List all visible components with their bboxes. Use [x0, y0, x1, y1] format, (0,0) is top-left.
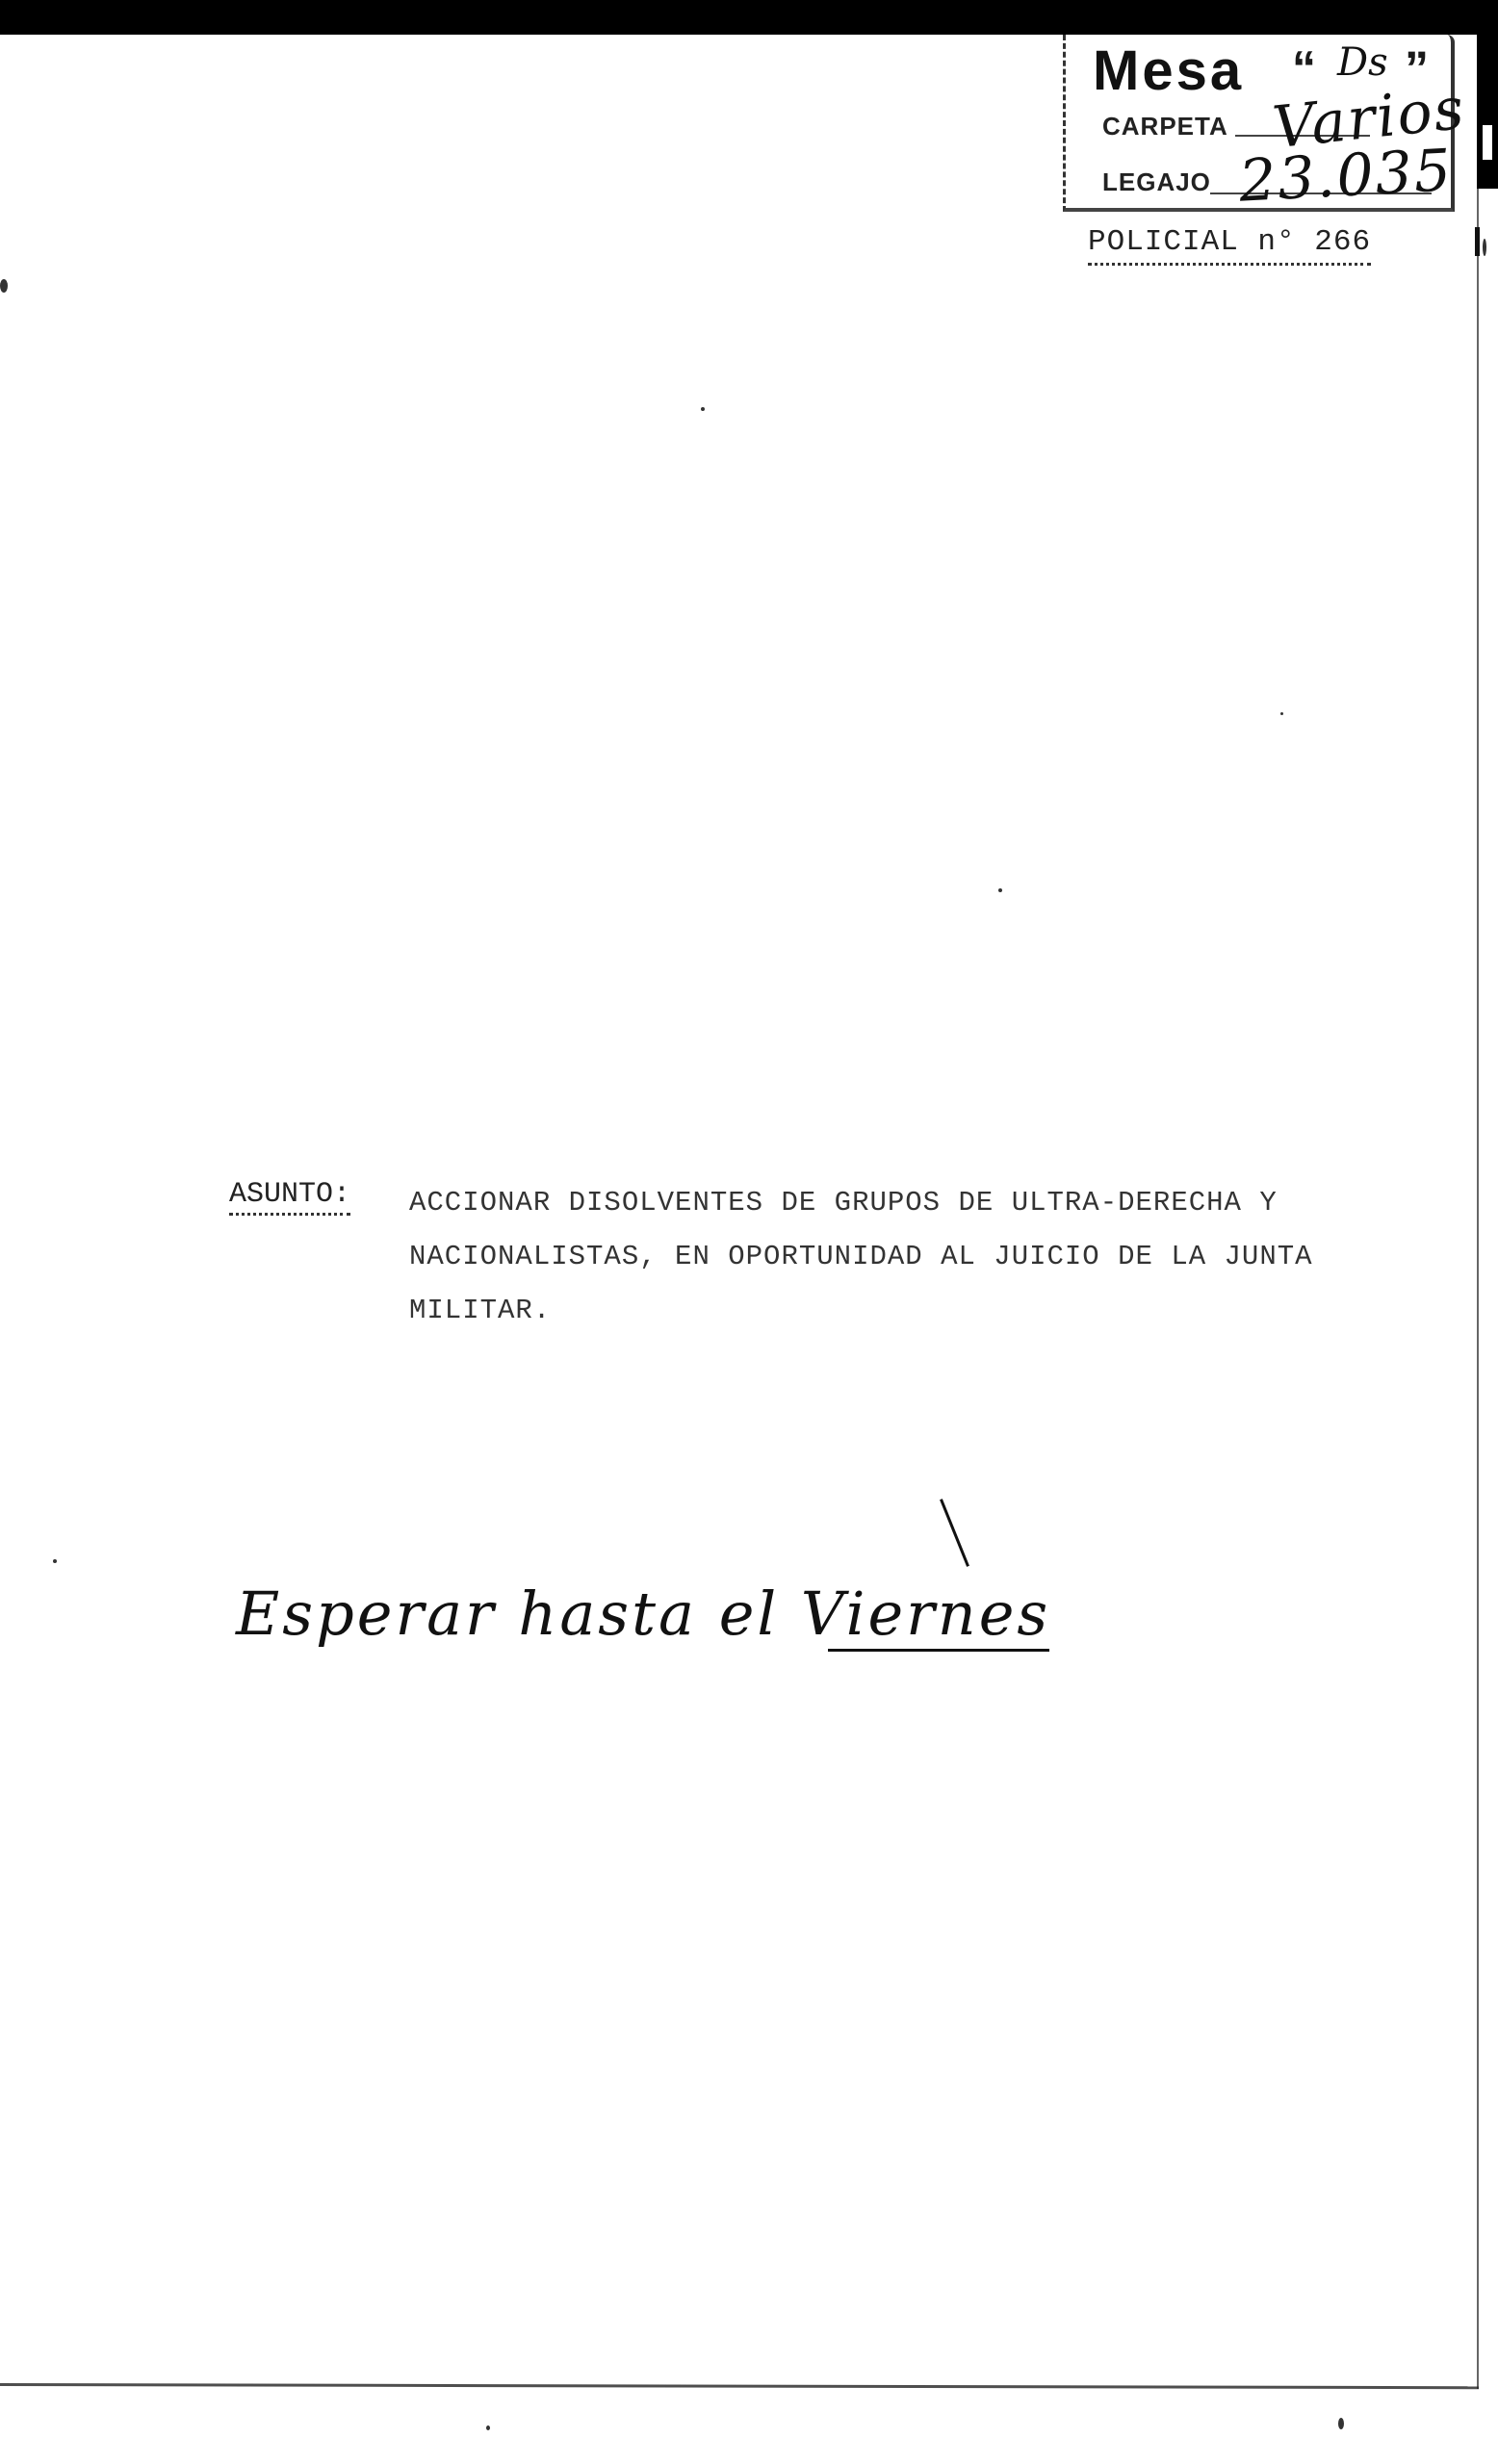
scan-speck	[1280, 712, 1283, 715]
scan-top-border	[0, 0, 1498, 35]
handwritten-note: Esperar hasta el Viernes	[236, 1578, 1050, 1649]
subject-line: NACIONALISTAS, EN OPORTUNIDAD AL JUICIO …	[409, 1230, 1372, 1284]
stamp-carpeta-label: CARPETA	[1102, 112, 1228, 141]
scan-speck	[0, 279, 8, 293]
scan-right-border	[1477, 35, 1498, 189]
scan-speck	[701, 407, 705, 411]
archive-stamp: Mesa “ Ds ” CARPETA Varios LEGAJO 23.035	[1063, 35, 1455, 212]
scan-speck	[1338, 2418, 1344, 2429]
subject-line: ACCIONAR DISOLVENTES DE GRUPOS DE ULTRA-…	[409, 1176, 1372, 1230]
stamp-quote-open: “	[1292, 40, 1316, 96]
handwritten-tick-mark	[940, 1499, 969, 1567]
scan-right-border-gap	[1483, 125, 1492, 160]
subject-label: ASUNTO:	[229, 1178, 350, 1216]
handwritten-underline	[828, 1649, 1049, 1652]
document-reference: POLICIAL n° 266	[1088, 225, 1371, 266]
stamp-legajo-value: 23.035	[1237, 137, 1454, 216]
page-edge-bottom	[0, 2383, 1479, 2389]
subject-text: ACCIONAR DISOLVENTES DE GRUPOS DE ULTRA-…	[409, 1176, 1372, 1338]
stamp-title: Mesa	[1093, 38, 1244, 103]
scan-speck	[53, 1559, 57, 1563]
stamp-legajo-label: LEGAJO	[1102, 167, 1211, 197]
scan-speck	[486, 2425, 490, 2430]
page-edge-mark	[1475, 227, 1480, 256]
stamp-desk-value: Ds	[1337, 40, 1388, 85]
subject-line: MILITAR.	[409, 1284, 1372, 1338]
page-edge-right	[1477, 189, 1479, 2389]
scan-speck	[998, 888, 1002, 892]
scan-speck	[1483, 239, 1486, 256]
